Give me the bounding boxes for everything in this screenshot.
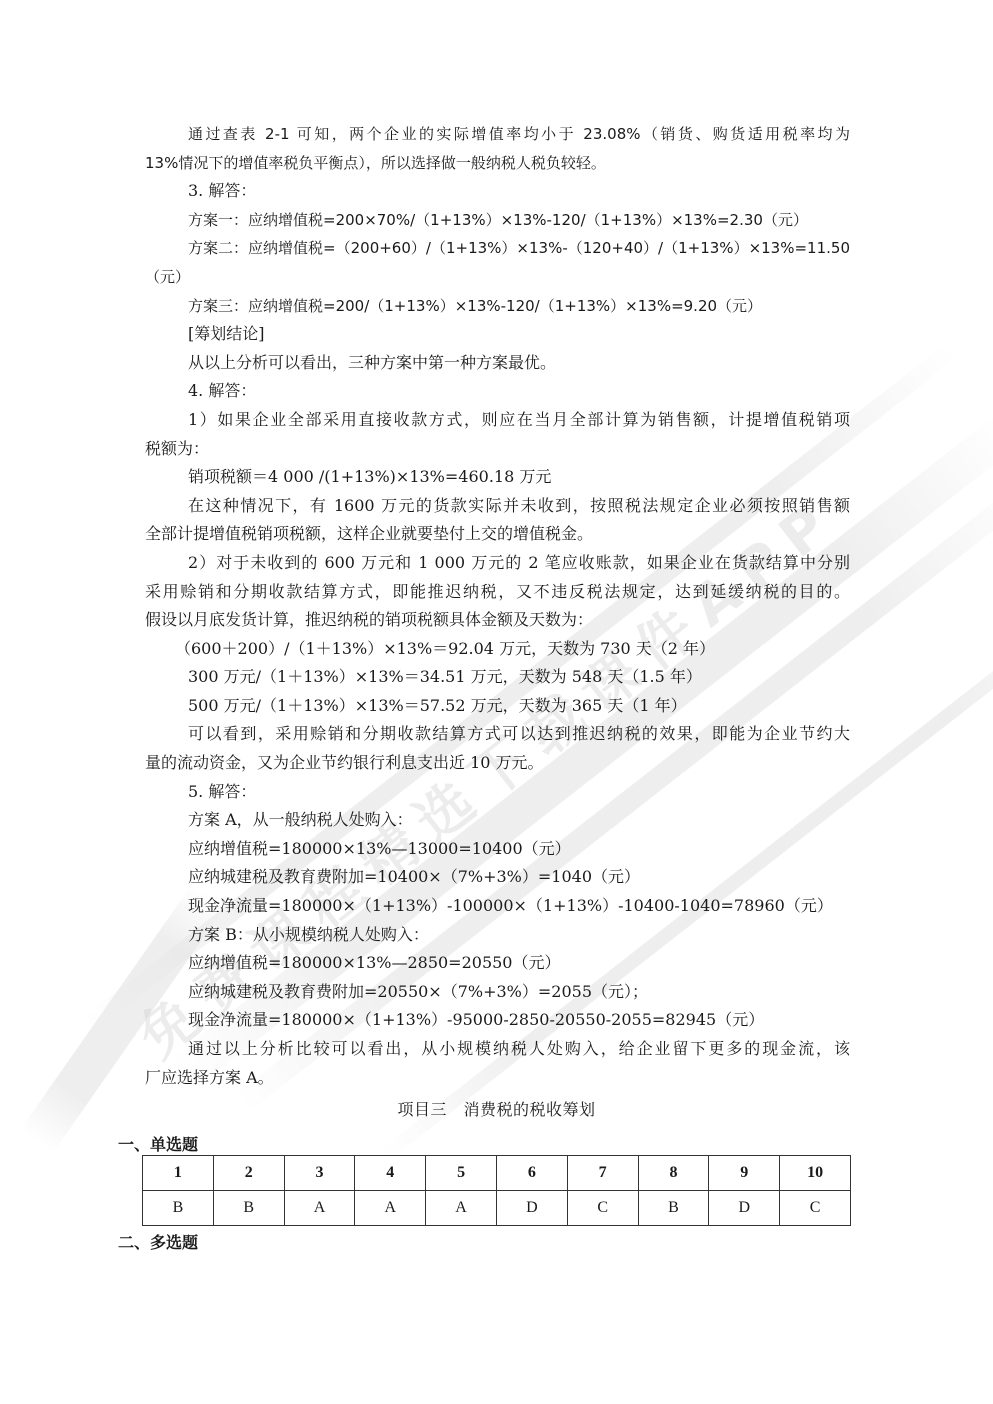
question-number-row: 12345678910	[143, 1156, 851, 1191]
single-choice-heading: 一、单选题	[118, 1132, 198, 1155]
text-line: 可以看到，采用赊销和分期收款结算方式可以达到推迟纳税的效果，即能为企业节约大	[145, 720, 850, 749]
multi-choice-heading: 二、多选题	[118, 1230, 198, 1253]
text-line: 方案一：应纳增值税=200×70%/（1+13%）×13%-120/（1+13%…	[145, 206, 850, 235]
document-body: 通过查表 2-1 可知，两个企业的实际增值率均小于 23.08%（销货、购货适用…	[145, 120, 850, 1092]
question-number-cell: 5	[426, 1156, 497, 1191]
text-line: 应纳增值税=180000×13%—13000=10400（元）	[145, 835, 850, 864]
text-line: 通过以上分析比较可以看出，从小规模纳税人处购入，给企业留下更多的现金流，该	[145, 1035, 850, 1064]
text-line: 现金净流量=180000×（1+13%）-95000-2850-20550-20…	[145, 1006, 850, 1035]
text-line: 方案二：应纳增值税=（200+60）/（1+13%）×13%-（120+40）/…	[145, 234, 850, 263]
question-number-cell: 2	[213, 1156, 284, 1191]
question-number-cell: 7	[567, 1156, 638, 1191]
text-line: 采用赊销和分期收款结算方式，即能推迟纳税，又不违反税法规定，达到延缓纳税的目的。	[145, 578, 850, 607]
question-number-cell: 10	[780, 1156, 851, 1191]
section-title: 项目三 消费税的税收筹划	[0, 1097, 993, 1120]
answer-cell: B	[213, 1191, 284, 1226]
answer-cell: A	[355, 1191, 426, 1226]
text-line: 方案 B：从小规模纳税人处购入：	[145, 921, 850, 950]
answer-cell: D	[709, 1191, 780, 1226]
text-line: （元）	[145, 263, 850, 292]
answer-row: BBAAADCBDC	[143, 1191, 851, 1226]
text-line: 方案三：应纳增值税=200/（1+13%）×13%-120/（1+13%）×13…	[145, 292, 850, 321]
text-line: 厂应选择方案 A。	[145, 1064, 850, 1093]
text-line: 5. 解答：	[145, 778, 850, 807]
text-line: 500 万元/（1＋13%）×13%＝57.52 万元，天数为 365 天（1 …	[145, 692, 850, 721]
question-number-cell: 3	[284, 1156, 355, 1191]
answer-cell: A	[284, 1191, 355, 1226]
text-line: 1）如果企业全部采用直接收款方式，则应在当月全部计算为销售额，计提增值税销项	[145, 406, 850, 435]
text-line: （600＋200）/（1＋13%）×13%＝92.04 万元，天数为 730 天…	[145, 635, 850, 664]
answer-cell: D	[496, 1191, 567, 1226]
answer-cell: C	[567, 1191, 638, 1226]
answer-cell: C	[780, 1191, 851, 1226]
text-line: [筹划结论]	[145, 320, 850, 349]
answer-cell: A	[426, 1191, 497, 1226]
text-line: 销项税额＝4 000 /(1+13%)×13%=460.18 万元	[145, 463, 850, 492]
answer-table: 12345678910 BBAAADCBDC	[142, 1155, 851, 1226]
text-line: 应纳城建税及教育费附加=20550×（7%+3%）=2055（元）；	[145, 978, 850, 1007]
text-line: 量的流动资金，又为企业节约银行利息支出近 10 万元。	[145, 749, 850, 778]
answer-cell: B	[143, 1191, 214, 1226]
text-line: 现金净流量=180000×（1+13%）-100000×（1+13%）-1040…	[145, 892, 850, 921]
text-line: 税额为：	[145, 435, 850, 464]
text-line: 2）对于未收到的 600 万元和 1 000 万元的 2 笔应收账款，如果企业在…	[145, 549, 850, 578]
question-number-cell: 8	[638, 1156, 709, 1191]
text-line: 4. 解答：	[145, 377, 850, 406]
question-number-cell: 6	[496, 1156, 567, 1191]
text-line: 13%情况下的增值率税负平衡点），所以选择做一般纳税人税负较轻。	[145, 149, 850, 178]
answer-cell: B	[638, 1191, 709, 1226]
text-line: 全部计提增值税销项税额，这样企业就要垫付上交的增值税金。	[145, 520, 850, 549]
question-number-cell: 9	[709, 1156, 780, 1191]
question-number-cell: 1	[143, 1156, 214, 1191]
text-line: 在这种情况下，有 1600 万元的货款实际并未收到，按照税法规定企业必须按照销售…	[145, 492, 850, 521]
text-line: 从以上分析可以看出，三种方案中第一种方案最优。	[145, 349, 850, 378]
text-line: 方案 A，从一般纳税人处购入：	[145, 806, 850, 835]
question-number-cell: 4	[355, 1156, 426, 1191]
text-line: 3. 解答：	[145, 177, 850, 206]
text-line: 300 万元/（1＋13%）×13%＝34.51 万元，天数为 548 天（1.…	[145, 663, 850, 692]
text-line: 应纳城建税及教育费附加=10400×（7%+3%）=1040（元）	[145, 863, 850, 892]
text-line: 假设以月底发货计算，推迟纳税的销项税额具体金额及天数为：	[145, 606, 850, 635]
text-line: 应纳增值税=180000×13%—2850=20550（元）	[145, 949, 850, 978]
text-line: 通过查表 2-1 可知，两个企业的实际增值率均小于 23.08%（销货、购货适用…	[145, 120, 850, 149]
